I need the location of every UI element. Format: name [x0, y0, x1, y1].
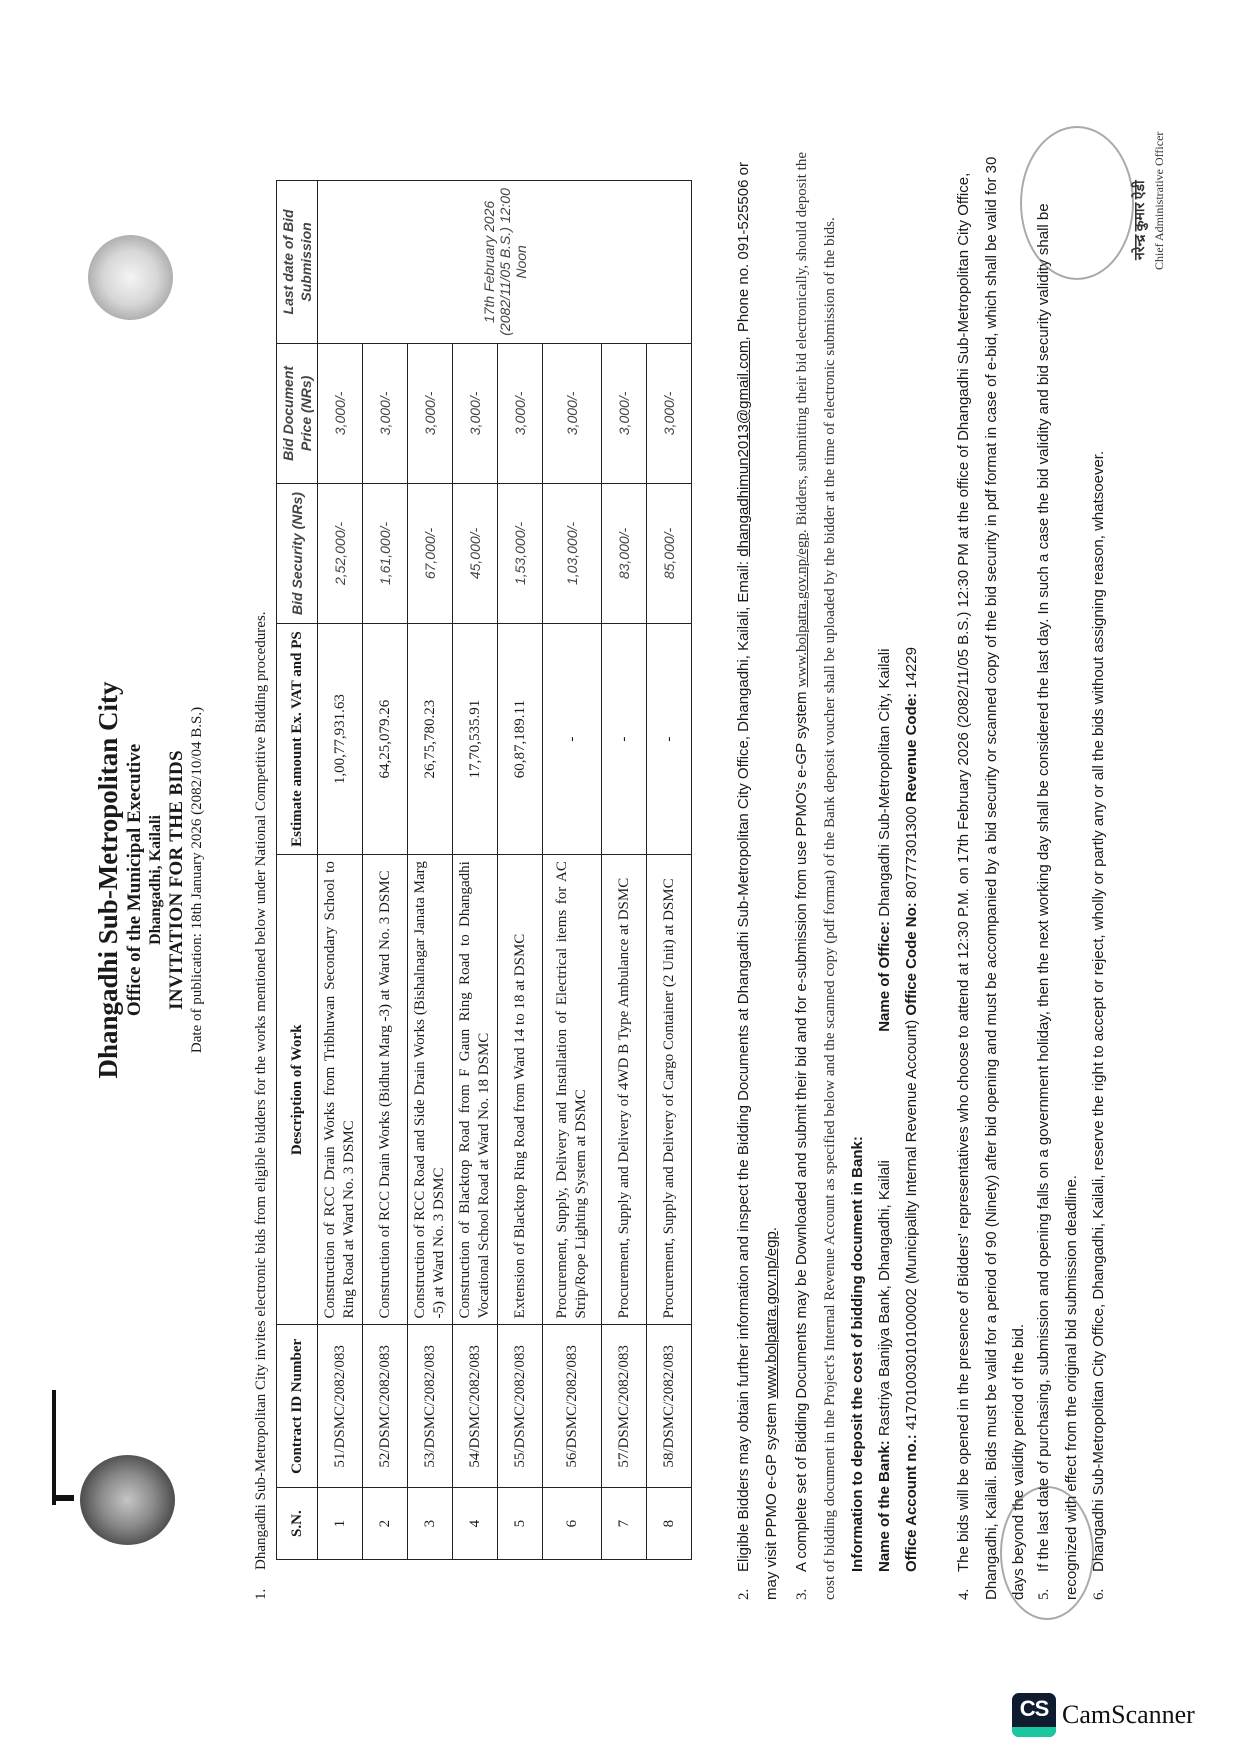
cell-description: Construction of RCC Drain Works from Tri… [318, 855, 363, 1325]
section-2: 2.Eligible Bidders may obtain further in… [730, 150, 785, 1600]
table-row: 858/DSMC/2082/083Procurement, Supply and… [647, 181, 692, 1560]
cell-description: Construction of Blacktop Road from F Gau… [453, 855, 498, 1325]
section-4: 4.The bids will be opened in the presenc… [950, 150, 1032, 1600]
header-bid-security: Bid Security (NRs) [277, 483, 318, 623]
signature-left-icon [1000, 1486, 1094, 1620]
cell-sn: 8 [647, 1488, 692, 1560]
section-6: 6.Dhangadhi Sub-Metropolitan City Office… [1085, 150, 1113, 1600]
cell-sn: 1 [318, 1488, 363, 1560]
cell-sn: 7 [602, 1488, 647, 1560]
document-header: Dhangadhi Sub-Metropolitan City Office o… [92, 100, 207, 1660]
header-doc-price: Bid Document Price (NRs) [277, 343, 318, 483]
bank-info-line-1: Name of the Bank: Rastriya Banijya Bank,… [871, 150, 898, 1600]
cell-contract-id: 57/DSMC/2082/083 [602, 1325, 647, 1488]
cell-contract-id: 53/DSMC/2082/083 [408, 1325, 453, 1488]
cell-doc-price: 3,000/- [318, 343, 363, 483]
cell-estimate: 60,87,189.11 [498, 624, 543, 855]
bank-info-line-2: Office Account no.: 41701003010100002 (M… [898, 150, 925, 1600]
document-title: INVITATION FOR THE BIDS [166, 100, 188, 1660]
header-description: Description of Work [277, 855, 318, 1325]
cell-bid-security: 83,000/- [602, 483, 647, 623]
cell-doc-price: 3,000/- [647, 343, 692, 483]
bolpatra-link[interactable]: www.bolpatra.gov.np/egp [794, 533, 810, 687]
cell-contract-id: 52/DSMC/2082/083 [363, 1325, 408, 1488]
section-1-text: Dhangadhi Sub-Metropolitan City invites … [253, 611, 269, 1570]
cell-doc-price: 3,000/- [498, 343, 543, 483]
office-name: Office of the Municipal Executive [124, 100, 146, 1660]
cell-doc-price: 3,000/- [543, 343, 602, 483]
cell-estimate: 26,75,780.23 [408, 624, 453, 855]
table-row: 656/DSMC/2082/083Procurement, Supply, De… [543, 181, 602, 1560]
cell-description: Procurement, Supply and Delivery of 4WD … [602, 855, 647, 1325]
header-last-date: Last date of Bid Submission [277, 181, 318, 344]
cell-estimate: 64,25,079.26 [363, 624, 408, 855]
cell-bid-security: 67,000/- [408, 483, 453, 623]
document-page: Dhangadhi Sub-Metropolitan City Office o… [70, 100, 1070, 1660]
cell-description: Procurement, Supply, Delivery and Instal… [543, 855, 602, 1325]
table-row: 454/DSMC/2082/083Construction of Blackto… [453, 181, 498, 1560]
cell-doc-price: 3,000/- [602, 343, 647, 483]
cell-description: Construction of RCC Drain Works (Bidhut … [363, 855, 408, 1325]
cell-estimate: - [543, 624, 602, 855]
cell-doc-price: 3,000/- [408, 343, 453, 483]
header-estimate: Estimate amount Ex. VAT and PS [277, 624, 318, 855]
section-5: 5.If the last date of purchasing, submis… [1030, 150, 1085, 1600]
camscanner-label: CamScanner [1062, 1700, 1195, 1730]
section-1: 1.Dhangadhi Sub-Metropolitan City invite… [250, 150, 272, 1600]
signature-right-icon [1020, 126, 1134, 280]
cell-sn: 2 [363, 1488, 408, 1560]
cell-doc-price: 3,000/- [363, 343, 408, 483]
bids-table: S.N. Contract ID Number Description of W… [276, 180, 692, 1560]
table-row: 252/DSMC/2082/083Construction of RCC Dra… [363, 181, 408, 1560]
cell-contract-id: 55/DSMC/2082/083 [498, 1325, 543, 1488]
cell-bid-security: 1,53,000/- [498, 483, 543, 623]
cell-contract-id: 58/DSMC/2082/083 [647, 1325, 692, 1488]
cell-bid-security: 1,61,000/- [363, 483, 408, 623]
cell-last-date: 17th February 2026 (2082/11/05 B.S.) 12:… [318, 181, 692, 344]
cell-estimate: - [602, 624, 647, 855]
cell-sn: 3 [408, 1488, 453, 1560]
cell-description: Construction of RCC Road and Side Drain … [408, 855, 453, 1325]
table-header-row: S.N. Contract ID Number Description of W… [277, 181, 318, 1560]
cell-sn: 5 [498, 1488, 543, 1560]
section-3: 3.A complete set of Bidding Documents ma… [788, 150, 925, 1600]
header-contract-id: Contract ID Number [277, 1325, 318, 1488]
bolpatra-link[interactable]: www.bolpatra.gov.np/egp [763, 1231, 780, 1398]
cell-sn: 6 [543, 1488, 602, 1560]
cell-estimate: - [647, 624, 692, 855]
table-row: 555/DSMC/2082/083Extension of Blacktop R… [498, 181, 543, 1560]
bank-info-heading: Information to deposit the cost of biddi… [844, 150, 871, 1600]
cell-contract-id: 51/DSMC/2082/083 [318, 1325, 363, 1488]
cell-contract-id: 56/DSMC/2082/083 [543, 1325, 602, 1488]
city-name: Dhangadhi Sub-Metropolitan City [92, 100, 124, 1660]
header-sn: S.N. [277, 1488, 318, 1560]
table-row: 151/DSMC/2082/083Construction of RCC Dra… [318, 181, 363, 1560]
signatory-name: नरेन्द्र कुमार ऐडी [1130, 180, 1149, 260]
location: Dhangadhi, Kailali [146, 100, 166, 1660]
signatory-title: Chief Administrative Officer [1152, 132, 1167, 270]
email-link[interactable]: dhangadhimun2013@gmail.com [735, 341, 752, 557]
scan-edge-mark [52, 1390, 56, 1505]
cell-description: Extension of Blacktop Ring Road from War… [498, 855, 543, 1325]
cell-bid-security: 2,52,000/- [318, 483, 363, 623]
cell-contract-id: 54/DSMC/2082/083 [453, 1325, 498, 1488]
publication-date: Date of publication: 18th January 2026 (… [188, 100, 207, 1660]
cell-description: Procurement, Supply and Delivery of Carg… [647, 855, 692, 1325]
cell-estimate: 17,70,535.91 [453, 624, 498, 855]
cell-sn: 4 [453, 1488, 498, 1560]
cell-bid-security: 45,000/- [453, 483, 498, 623]
cell-doc-price: 3,000/- [453, 343, 498, 483]
cell-bid-security: 1,03,000/- [543, 483, 602, 623]
table-row: 757/DSMC/2082/083Procurement, Supply and… [602, 181, 647, 1560]
cell-bid-security: 85,000/- [647, 483, 692, 623]
table-row: 353/DSMC/2082/083Construction of RCC Roa… [408, 181, 453, 1560]
cell-estimate: 1,00,77,931.63 [318, 624, 363, 855]
camscanner-logo-icon: CS [1012, 1693, 1056, 1737]
